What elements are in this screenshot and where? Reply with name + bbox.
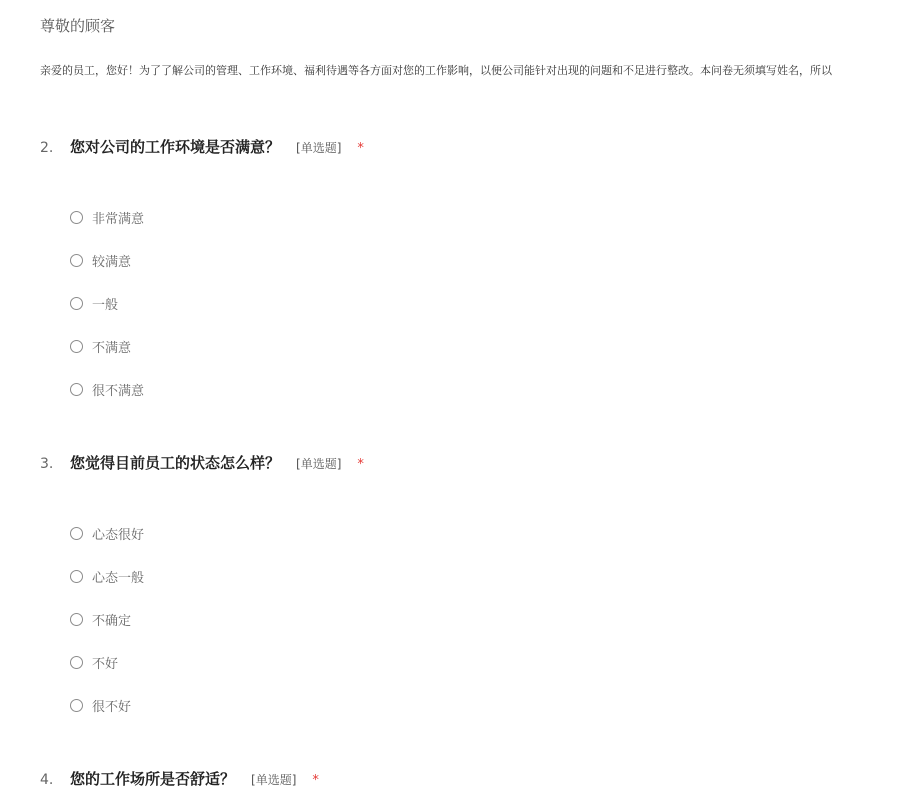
option-very-satisfied[interactable]: 非常满意 — [70, 208, 144, 227]
question-title: 您的工作场所是否舒适？ — [70, 768, 235, 789]
radio-button-icon[interactable] — [70, 297, 83, 310]
option-very-dissatisfied[interactable]: 很不满意 — [70, 380, 144, 399]
radio-button-icon[interactable] — [70, 570, 83, 583]
option-unsure[interactable]: 不确定 — [70, 610, 131, 629]
option-label[interactable]: 不好 — [92, 653, 118, 672]
question-number: 3. — [40, 456, 70, 472]
question-3-header: 3. 您觉得目前员工的状态怎么样？ [单选题] * — [40, 452, 364, 473]
option-label[interactable]: 不确定 — [92, 610, 131, 629]
option-average[interactable]: 一般 — [70, 294, 118, 313]
option-label[interactable]: 一般 — [92, 294, 118, 313]
option-mood-good[interactable]: 心态很好 — [70, 524, 144, 543]
question-type-label: [单选题] — [251, 771, 296, 788]
option-label[interactable]: 较满意 — [92, 251, 131, 270]
question-title: 您觉得目前员工的状态怎么样？ — [70, 452, 280, 473]
option-dissatisfied[interactable]: 不满意 — [70, 337, 131, 356]
survey-intro: 亲爱的员工，您好！为了了解公司的管理、工作环境、福利待遇等各方面对您的工作影响，… — [40, 62, 900, 78]
question-4-header: 4. 您的工作场所是否舒适？ [单选题] * — [40, 768, 319, 789]
question-number: 2. — [40, 140, 70, 156]
radio-button-icon[interactable] — [70, 383, 83, 396]
option-very-bad[interactable]: 很不好 — [70, 696, 131, 715]
option-label[interactable]: 心态一般 — [92, 567, 144, 586]
required-marker: * — [357, 141, 364, 156]
required-marker: * — [357, 457, 364, 472]
option-label[interactable]: 很不好 — [92, 696, 131, 715]
radio-button-icon[interactable] — [70, 527, 83, 540]
option-label[interactable]: 心态很好 — [92, 524, 144, 543]
survey-title: 尊敬的顾客 — [40, 15, 115, 36]
radio-button-icon[interactable] — [70, 613, 83, 626]
radio-button-icon[interactable] — [70, 340, 83, 353]
option-label[interactable]: 不满意 — [92, 337, 131, 356]
option-mood-average[interactable]: 心态一般 — [70, 567, 144, 586]
question-title: 您对公司的工作环境是否满意？ — [70, 136, 280, 157]
question-type-label: [单选题] — [296, 455, 341, 472]
question-2-header: 2. 您对公司的工作环境是否满意？ [单选题] * — [40, 136, 364, 157]
option-label[interactable]: 很不满意 — [92, 380, 144, 399]
radio-button-icon[interactable] — [70, 211, 83, 224]
radio-button-icon[interactable] — [70, 254, 83, 267]
question-number: 4. — [40, 772, 70, 788]
survey-page: 尊敬的顾客 亲爱的员工，您好！为了了解公司的管理、工作环境、福利待遇等各方面对您… — [0, 0, 900, 800]
required-marker: * — [312, 773, 319, 788]
radio-button-icon[interactable] — [70, 656, 83, 669]
option-fairly-satisfied[interactable]: 较满意 — [70, 251, 131, 270]
radio-button-icon[interactable] — [70, 699, 83, 712]
option-not-good[interactable]: 不好 — [70, 653, 118, 672]
question-type-label: [单选题] — [296, 139, 341, 156]
option-label[interactable]: 非常满意 — [92, 208, 144, 227]
